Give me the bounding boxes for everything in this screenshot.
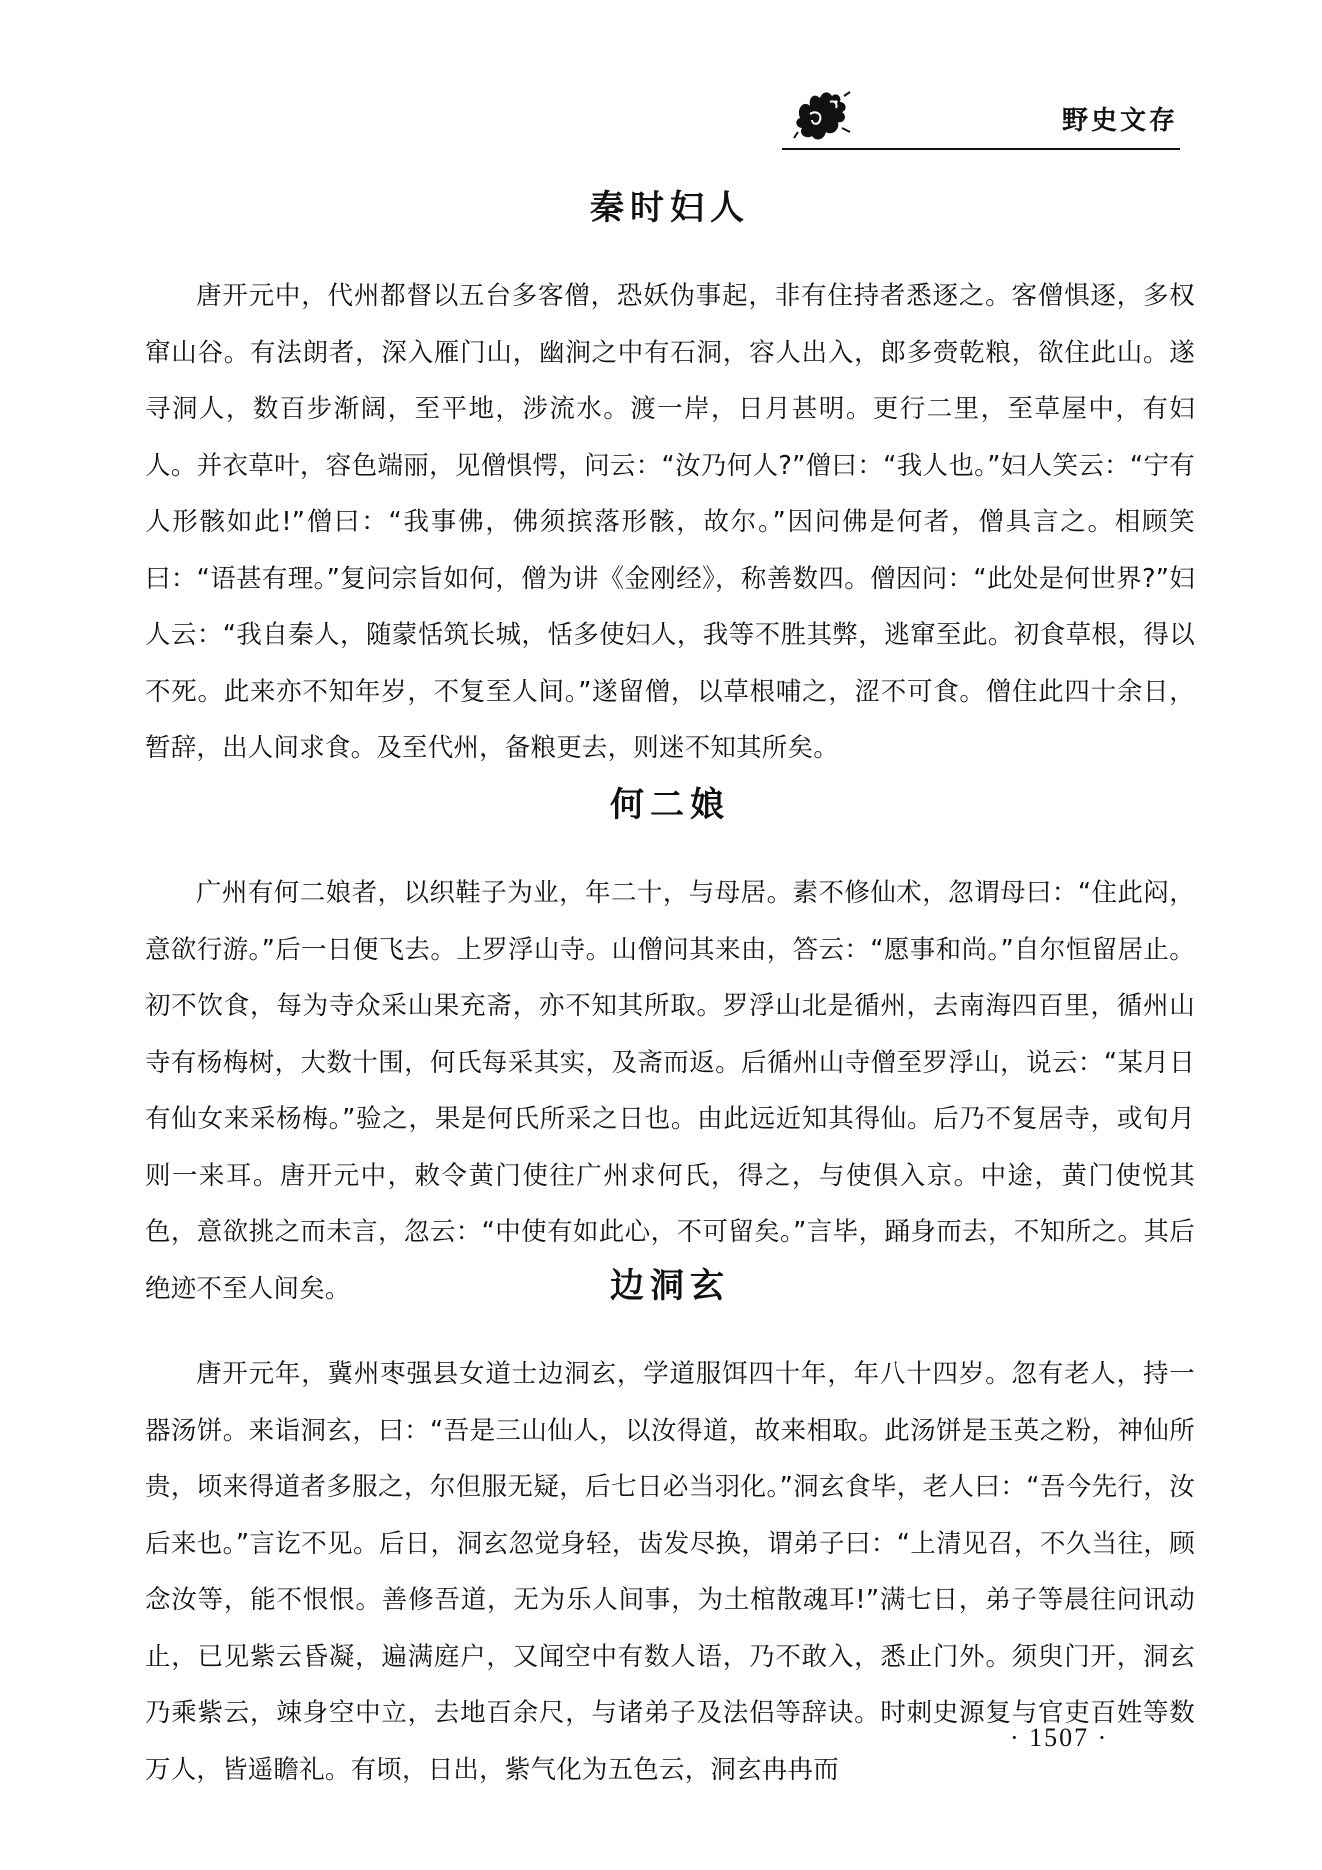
- story-title: 秦时妇人: [145, 178, 1195, 238]
- running-header: 野史文存: [782, 84, 1180, 150]
- story-bian-dongxuan: 边洞玄 唐开元年，冀州枣强县女道士边洞玄，学道服饵四十年，年八十四岁。忽有老人，…: [145, 1256, 1195, 1798]
- story-qin-woman: 秦时妇人 唐开元中，代州都督以五台多客僧，恐妖伪事起，非有住持者悉逐之。客僧惧逐…: [145, 178, 1195, 777]
- page-number: · 1507 ·: [1010, 1723, 1108, 1753]
- story-he-erniang: 何二娘 广州有何二娘者，以织鞋子为业，年二十，与母居。素不修仙术，忽谓母曰：“住…: [145, 775, 1195, 1317]
- story-paragraph: 唐开元中，代州都督以五台多客僧，恐妖伪事起，非有住持者悉逐之。客僧惧逐，多权窜山…: [145, 268, 1195, 777]
- story-title: 边洞玄: [145, 1256, 1195, 1316]
- book-title: 野史文存: [1062, 100, 1178, 137]
- story-paragraph: 广州有何二娘者，以织鞋子为业，年二十，与母居。素不修仙术，忽谓母曰：“住此闷，意…: [145, 865, 1195, 1317]
- story-title: 何二娘: [145, 775, 1195, 835]
- dragon-emblem-icon: [792, 88, 856, 144]
- header-divider: [782, 148, 1180, 150]
